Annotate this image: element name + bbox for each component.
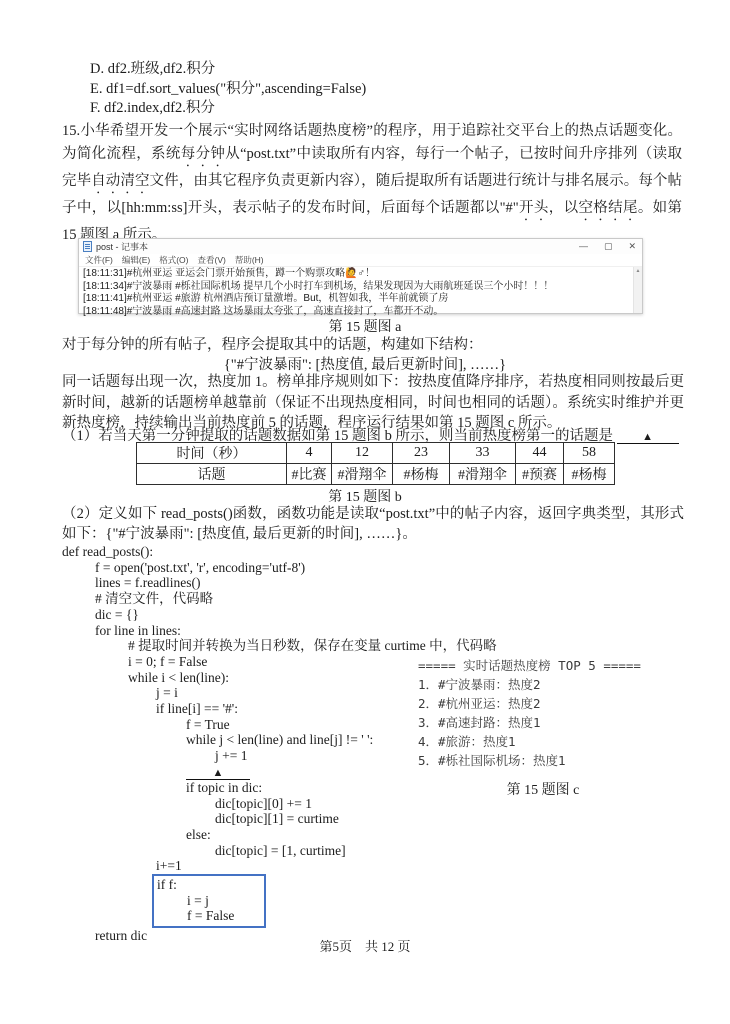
table-cell: #比赛 bbox=[287, 464, 332, 485]
table-row-time: 时间（秒） 4 12 23 33 44 58 bbox=[137, 443, 615, 464]
figc-title: ===== 实时话题热度榜 TOP 5 ===== bbox=[418, 656, 690, 675]
maximize-icon[interactable]: ▢ bbox=[604, 241, 613, 252]
code-line: i+=1 bbox=[62, 858, 497, 874]
post-line: [18:11:41]#杭州亚运 #旅游 杭州酒店预订量激增。But，机智如我，半… bbox=[83, 293, 628, 306]
table-cell: 时间（秒） bbox=[137, 443, 287, 464]
table-cell: #预赛 bbox=[516, 464, 564, 485]
code-line: lines = f.readlines() bbox=[62, 575, 497, 591]
figc-item: 3．#高速封路：热度1 bbox=[418, 713, 690, 732]
option-d: D. df2.班级,df2.积分 bbox=[90, 60, 366, 80]
code-line: if f: bbox=[157, 877, 264, 893]
post-line: [18:11:31]#杭州亚运 亚运会门票开始预售，蹲一个购票攻略🙋♂！ bbox=[83, 268, 628, 281]
menu-item-help[interactable]: 帮助(H) bbox=[235, 254, 264, 266]
option-f: F. df2.index,df2.积分 bbox=[90, 99, 366, 119]
table-cell: 话题 bbox=[137, 464, 287, 485]
menu-item-file[interactable]: 文件(F) bbox=[85, 254, 113, 266]
notepad-window-title: post - 记事本 bbox=[96, 240, 579, 253]
code-line: i = j bbox=[157, 893, 264, 909]
figure-b-table: 时间（秒） 4 12 23 33 44 58 话题 #比赛 #滑翔伞 #杨梅 #… bbox=[136, 442, 615, 485]
notepad-window: post - 记事本 — ▢ ✕ 文件(F) 编辑(E) 格式(O) 查看(V)… bbox=[78, 238, 643, 314]
figure-b-caption: 第 15 题图 b bbox=[0, 486, 730, 506]
table-cell: #杨梅 bbox=[564, 464, 615, 485]
table-cell: #滑翔伞 bbox=[450, 464, 516, 485]
code-line: # 清空文件，代码略 bbox=[62, 591, 497, 607]
table-cell: 4 bbox=[287, 443, 332, 464]
table-cell: 33 bbox=[450, 443, 516, 464]
notepad-menubar: 文件(F) 编辑(E) 格式(O) 查看(V) 帮助(H) bbox=[79, 254, 642, 267]
notepad-content: [18:11:31]#杭州亚运 亚运会门票开始预售，蹲一个购票攻略🙋♂！ [18… bbox=[79, 267, 642, 318]
close-icon[interactable]: ✕ bbox=[628, 241, 636, 252]
answer-blank: ▲ bbox=[617, 432, 679, 444]
post-line: [18:11:34]#宁波暴雨 #栎社国际机场 提早几个小时打车到机场，结果发现… bbox=[83, 281, 628, 294]
table-cell: 58 bbox=[564, 443, 615, 464]
figc-item: 2．#杭州亚运：热度2 bbox=[418, 694, 690, 713]
code-line: else: bbox=[62, 827, 497, 843]
table-cell: #杨梅 bbox=[393, 464, 450, 485]
scroll-up-icon[interactable]: ▲ bbox=[634, 267, 642, 276]
answer-options: D. df2.班级,df2.积分 E. df1=df.sort_values("… bbox=[90, 60, 366, 119]
figc-item: 5．#栎社国际机场：热度1 bbox=[418, 751, 690, 770]
q15-emph-autoclear: 自动清空 bbox=[91, 173, 149, 189]
code-line: for line in lines: bbox=[62, 623, 497, 639]
code-line: dic = {} bbox=[62, 607, 497, 623]
table-cell: #滑翔伞 bbox=[332, 464, 393, 485]
code-line: f = open('post.txt', 'r', encoding='utf-… bbox=[62, 560, 497, 576]
page-footer: 第5页 共 12 页 bbox=[0, 936, 730, 955]
question-2-text: （2）定义如下 read_posts()函数，函数功能是读取“post.txt”… bbox=[62, 504, 684, 544]
triangle-icon: ▲ bbox=[213, 767, 224, 779]
answer-box: if f: i = j f = False bbox=[152, 874, 266, 928]
figc-item: 4．#旅游：热度1 bbox=[418, 732, 690, 751]
table-cell: 12 bbox=[332, 443, 393, 464]
table-cell: 44 bbox=[516, 443, 564, 464]
code-answer-blank: ▲ bbox=[186, 767, 250, 780]
figure-c-output: ===== 实时话题热度榜 TOP 5 ===== 1．#宁波暴雨：热度2 2．… bbox=[418, 656, 690, 800]
menu-item-view[interactable]: 查看(V) bbox=[197, 254, 225, 266]
scrollbar[interactable]: ▲ bbox=[633, 267, 642, 313]
table-cell: 23 bbox=[393, 443, 450, 464]
code-line: def read_posts(): bbox=[62, 544, 497, 560]
q15-emph-every-minute: 每分钟 bbox=[181, 146, 226, 162]
minimize-icon[interactable]: — bbox=[579, 241, 588, 252]
code-line: dic[topic][1] = curtime bbox=[62, 811, 497, 827]
question-15-intro: 15.小华希望开发一个展示“实时网络话题热度榜”的程序，用于追踪社交平台上的热点… bbox=[62, 120, 682, 247]
menu-item-edit[interactable]: 编辑(E) bbox=[122, 254, 150, 266]
figure-c-caption: 第 15 题图 c bbox=[418, 781, 668, 800]
notepad-icon bbox=[83, 241, 92, 252]
structure-line: {"#宁波暴雨": [热度值, 最后更新时间], ……} bbox=[0, 353, 730, 374]
notepad-titlebar: post - 记事本 — ▢ ✕ bbox=[79, 239, 642, 254]
code-line: dic[topic] = [1, curtime] bbox=[62, 843, 497, 859]
figc-item: 1．#宁波暴雨：热度2 bbox=[418, 675, 690, 694]
q15-emph-space-end: 空格结尾 bbox=[578, 200, 637, 216]
code-line: f = False bbox=[157, 908, 264, 924]
exam-page: D. df2.班级,df2.积分 E. df1=df.sort_values("… bbox=[0, 0, 730, 1024]
option-e: E. df1=df.sort_values("积分",ascending=Fal… bbox=[90, 80, 366, 100]
q15-text: ，以 bbox=[549, 200, 579, 216]
table-row-topic: 话题 #比赛 #滑翔伞 #杨梅 #滑翔伞 #预赛 #杨梅 bbox=[137, 464, 615, 485]
menu-item-format[interactable]: 格式(O) bbox=[159, 254, 188, 266]
q15-emph-hash: "#"开头 bbox=[500, 200, 549, 216]
figure-a-caption: 第 15 题图 a bbox=[0, 316, 730, 336]
triangle-icon: ▲ bbox=[642, 431, 653, 443]
code-line: # 提取时间并转换为当日秒数，保存在变量 curtime 中，代码略 bbox=[62, 638, 497, 654]
